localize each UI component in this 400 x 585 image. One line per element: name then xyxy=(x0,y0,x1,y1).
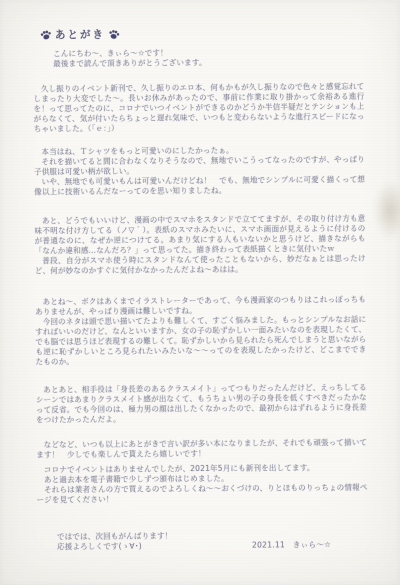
greeting-line: 最後まで読んで頂きありがとうございます。 xyxy=(53,57,353,69)
paragraph-group: 久し振りのイベント新刊で、久し振りのエロ本、何もかもが久し振りなので色々と感覚忘… xyxy=(33,82,364,135)
paragraph-group: 本当はね、Ｔシャツをもっと可愛いのにしたかったぁ。 それを描いてると間に合わなく… xyxy=(34,145,365,198)
paragraph-group: あとね～、ボクはあくまでイラストレーターであって、今も漫画家のつもりはこれっぽっ… xyxy=(35,295,367,368)
paw-print-icon xyxy=(107,27,121,41)
paragraph-group: あと、どうでもいいけど、漫画の中でスマホをスタンドで立ててますが、その取り付け方… xyxy=(34,214,365,277)
paragraph: 久し振りのイベント新刊で、久し振りのエロ本、何もかもが久し振りなので色々と感覚忘… xyxy=(33,82,364,135)
paragraph: あとあと、相手役は「身長差のあるクラスメイト」ってつもりだったんだけど、えっちし… xyxy=(36,383,367,426)
paragraph-group: などなど、いつも以上にあとがきで言い訳が多い本になりましたが、それでも頑張って描… xyxy=(36,438,367,461)
closing-block: ではでは、次回もがんばります！ 応援よろしくです(ゝ∀･) 2021.11 きぃ… xyxy=(57,530,367,552)
paragraph-group: あとあと、相手役は「身長差のあるクラスメイト」ってつもりだったんだけど、えっちし… xyxy=(36,383,367,426)
greeting-block: こんにちわ～、きぃら～☆です！ 最後まで読んで頂きありがとうございます。 xyxy=(53,47,353,69)
page-title: あとがき xyxy=(40,27,120,43)
paragraph: あと、どうでもいいけど、漫画の中でスマホをスタンドで立ててますが、その取り付け方… xyxy=(34,214,365,257)
page-title-text: あとがき xyxy=(55,27,105,42)
scan-smudge-artifact xyxy=(373,180,400,240)
scanned-afterword-page: あとがき こんにちわ～、きぃら～☆です！ 最後まで読んで頂きありがとうございます… xyxy=(0,0,400,585)
scan-content: あとがき こんにちわ～、きぃら～☆です！ 最後まで読んで頂きありがとうございます… xyxy=(0,0,400,585)
paragraph: あとね～、ボクはあくまでイラストレーターであって、今も漫画家のつもりはこれっぽっ… xyxy=(35,295,366,318)
paw-print-icon xyxy=(39,28,53,42)
paragraph: それらは業者さんの方で買えるのでよろしくね～～おくづけの、りとほものりっちょの情… xyxy=(37,483,368,506)
paragraph-group: コロナでイベントはありませんでしたが、2021年5月にも新刊を出してます。 あと… xyxy=(36,463,367,506)
paragraph: 普段、自分がスマホ使う時にスタンドなんて使ったこともないから、妙だなぁとは思った… xyxy=(35,254,366,277)
paragraph: それを描いてると間に合わなくなりそうなので、無地でいこうってなったのですが、やっ… xyxy=(34,155,365,178)
paragraph: などなど、いつも以上にあとがきで言い訳が多い本になりましたが、それでも頑張って描… xyxy=(36,438,367,461)
date-signature: 2021.11 きぃら～☆ xyxy=(252,540,331,551)
paragraph: いや、無地でも可愛いもんは可愛いんだけどね！ でも、無地でシンプルに可愛く描くっ… xyxy=(34,175,365,198)
paragraph: 今回のネタは頭で思い描いてたよりも難しくて、すごく悩みました。もっとシンプルなお… xyxy=(35,315,366,368)
